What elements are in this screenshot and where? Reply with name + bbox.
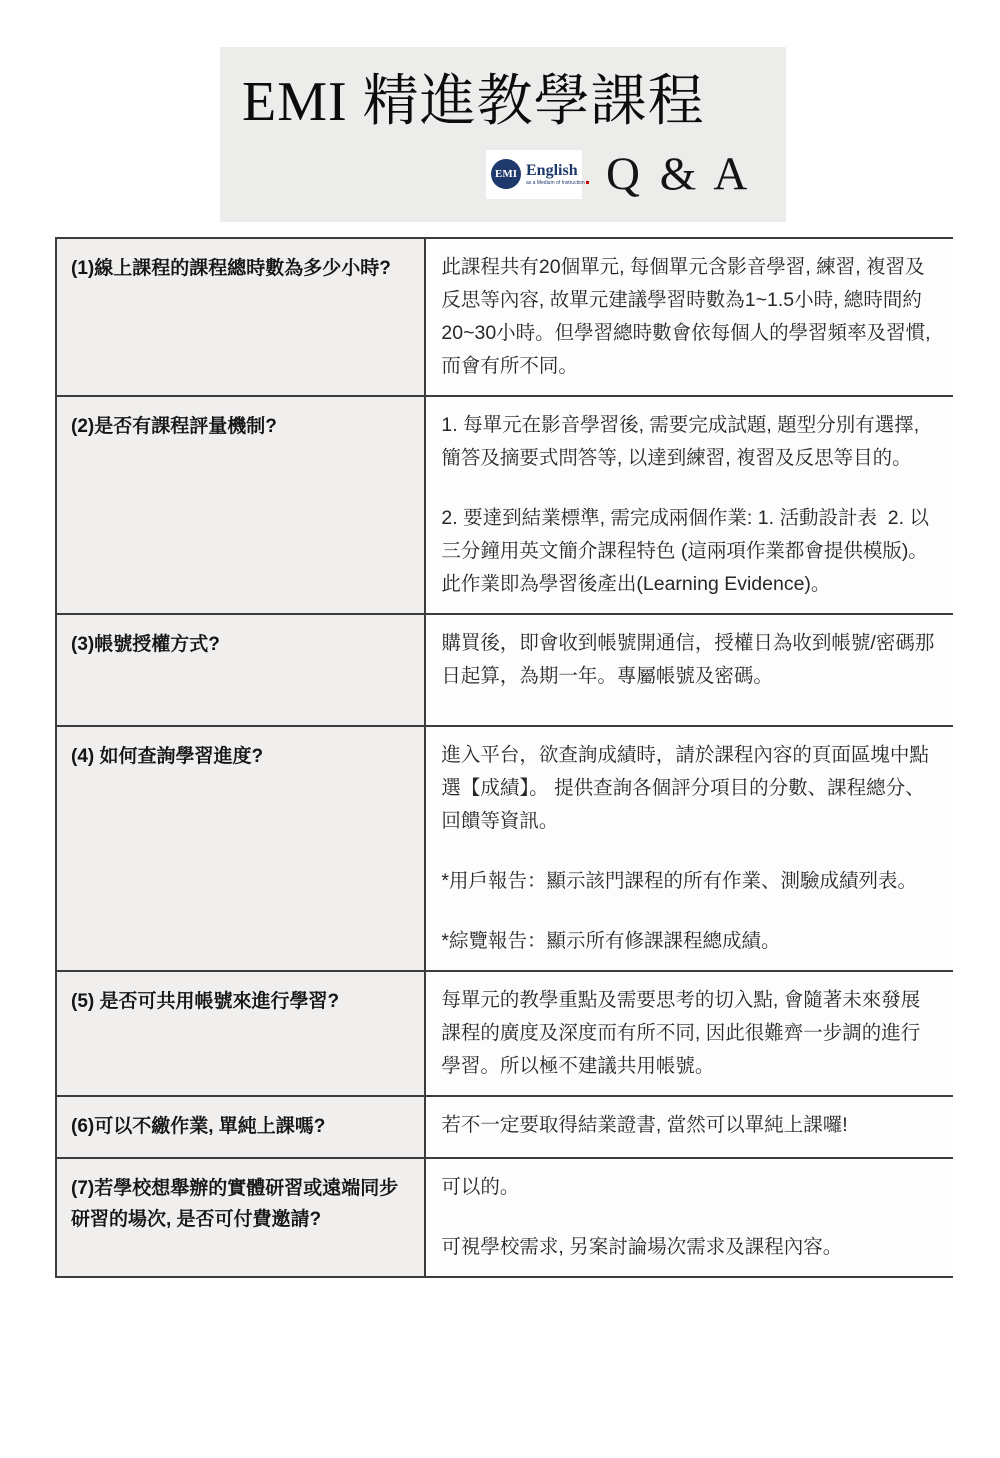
faq-table: (1)線上課程的課程總時數為多少小時? 此課程共有20個單元, 每個單元含影音學… bbox=[55, 237, 953, 1278]
table-row: (4) 如何查詢學習進度? 進入平台，欲查詢成績時，請於課程內容的頁面區塊中點選… bbox=[56, 726, 953, 971]
answer-cell: 購買後，即會收到帳號開通信，授權日為收到帳號/密碼那日起算，為期一年。專屬帳號及… bbox=[425, 614, 953, 726]
logo-tagline: as a Medium of Instruction bbox=[526, 181, 589, 186]
answer-paragraph: *用戶報告：顯示該門課程的所有作業、測驗成績列表。 bbox=[441, 865, 937, 898]
question-cell: (7)若學校想舉辦的實體研習或遠端同步研習的場次, 是否可付費邀請? bbox=[56, 1158, 425, 1277]
emi-logo-icon: EMI bbox=[491, 159, 521, 189]
answer-paragraph: 可以的。 bbox=[441, 1171, 937, 1204]
answer-paragraph: 可視學校需求, 另案討論場次需求及課程內容。 bbox=[441, 1231, 937, 1264]
table-row: (2)是否有課程評量機制? 1. 每單元在影音學習後, 需要完成試題, 題型分別… bbox=[56, 396, 953, 614]
table-row: (6)可以不繳作業, 單純上課嗎? 若不一定要取得結業證書, 當然可以單純上課囉… bbox=[56, 1096, 953, 1158]
qa-label: Q & A bbox=[606, 147, 751, 201]
answer-paragraph: 進入平台，欲查詢成績時，請於課程內容的頁面區塊中點選【成績】。 提供查詢各個評分… bbox=[441, 739, 937, 838]
answer-cell: 進入平台，欲查詢成績時，請於課程內容的頁面區塊中點選【成績】。 提供查詢各個評分… bbox=[425, 726, 953, 971]
header-sub-row: EMI English as a Medium of Instruction Q… bbox=[486, 147, 786, 201]
answer-paragraph: 1. 每單元在影音學習後, 需要完成試題, 題型分別有選擇, 簡答及摘要式問答等… bbox=[441, 409, 937, 475]
question-cell: (3)帳號授權方式? bbox=[56, 614, 425, 726]
answer-cell: 可以的。 可視學校需求, 另案討論場次需求及課程內容。 bbox=[425, 1158, 953, 1277]
emi-english-logo: EMI English as a Medium of Instruction bbox=[486, 150, 582, 199]
logo-red-mark-icon bbox=[586, 181, 589, 184]
answer-cell: 若不一定要取得結業證書, 當然可以單純上課囉! bbox=[425, 1096, 953, 1158]
table-row: (7)若學校想舉辦的實體研習或遠端同步研習的場次, 是否可付費邀請? 可以的。 … bbox=[56, 1158, 953, 1277]
table-row: (3)帳號授權方式? 購買後，即會收到帳號開通信，授權日為收到帳號/密碼那日起算… bbox=[56, 614, 953, 726]
answer-paragraph: 每單元的教學重點及需要思考的切入點, 會隨著未來發展課程的廣度及深度而有所不同,… bbox=[441, 984, 937, 1083]
table-row: (1)線上課程的課程總時數為多少小時? 此課程共有20個單元, 每個單元含影音學… bbox=[56, 238, 953, 396]
question-cell: (6)可以不繳作業, 單純上課嗎? bbox=[56, 1096, 425, 1158]
answer-paragraph: 若不一定要取得結業證書, 當然可以單純上課囉! bbox=[441, 1109, 937, 1142]
answer-paragraph: 2. 要達到結業標準, 需完成兩個作業: 1. 活動設計表 2. 以三分鐘用英文… bbox=[441, 502, 937, 601]
logo-name: English bbox=[526, 163, 589, 179]
question-cell: (4) 如何查詢學習進度? bbox=[56, 726, 425, 971]
answer-paragraph: 此課程共有20個單元, 每個單元含影音學習, 練習, 複習及反思等內容, 故單元… bbox=[441, 251, 937, 383]
header-banner: EMI 精進教學課程 EMI English as a Medium of In… bbox=[220, 47, 786, 222]
answer-cell: 每單元的教學重點及需要思考的切入點, 會隨著未來發展課程的廣度及深度而有所不同,… bbox=[425, 971, 953, 1096]
question-cell: (2)是否有課程評量機制? bbox=[56, 396, 425, 614]
page-title: EMI 精進教學課程 bbox=[220, 47, 786, 137]
question-cell: (5) 是否可共用帳號來進行學習? bbox=[56, 971, 425, 1096]
answer-cell: 1. 每單元在影音學習後, 需要完成試題, 題型分別有選擇, 簡答及摘要式問答等… bbox=[425, 396, 953, 614]
answer-cell: 此課程共有20個單元, 每個單元含影音學習, 練習, 複習及反思等內容, 故單元… bbox=[425, 238, 953, 396]
table-row: (5) 是否可共用帳號來進行學習? 每單元的教學重點及需要思考的切入點, 會隨著… bbox=[56, 971, 953, 1096]
answer-paragraph: 購買後，即會收到帳號開通信，授權日為收到帳號/密碼那日起算，為期一年。專屬帳號及… bbox=[441, 627, 937, 693]
question-cell: (1)線上課程的課程總時數為多少小時? bbox=[56, 238, 425, 396]
answer-paragraph: *綜覽報告：顯示所有修課課程總成績。 bbox=[441, 925, 937, 958]
